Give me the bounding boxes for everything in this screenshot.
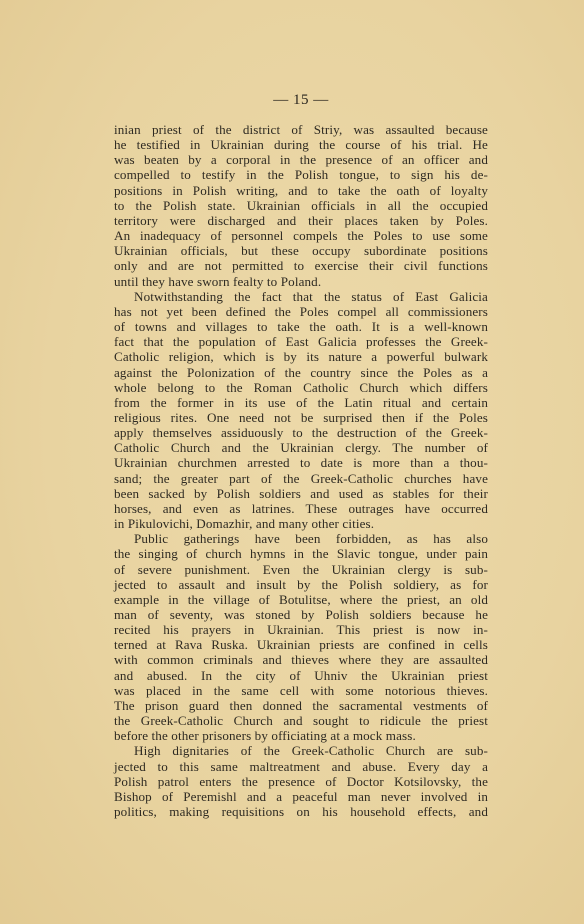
text-line: Ukrainian churchmen arrested to date is …	[114, 455, 488, 470]
text-line: territory were discharged and their plac…	[114, 213, 488, 228]
text-line: only and are not permitted to exercise t…	[114, 258, 488, 273]
text-line: compelled to testify in the Polish tongu…	[114, 167, 488, 182]
text-line: Catholic Church and the Ukrainian clergy…	[114, 440, 488, 455]
body-text: inian priest of the district of Striy, w…	[114, 122, 488, 819]
text-line: until they have sworn fealty to Poland.	[114, 274, 488, 289]
text-line: fact that the population of East Galicia…	[114, 334, 488, 349]
paragraph: High dignitaries of the Greek-Catholic C…	[114, 743, 488, 819]
text-line: example in the village of Botulitse, whe…	[114, 592, 488, 607]
text-line: with common criminals and thieves where …	[114, 652, 488, 667]
text-line: terned at Rava Ruska. Ukrainian priests …	[114, 637, 488, 652]
text-line: jected to this same maltreatment and abu…	[114, 759, 488, 774]
text-line: Notwithstanding the fact that the status…	[114, 289, 488, 304]
text-line: recited his prayers in Ukrainian. This p…	[114, 622, 488, 637]
text-line: the Greek-Catholic Church and sought to …	[114, 713, 488, 728]
text-line: Bishop of Peremishl and a peaceful man n…	[114, 789, 488, 804]
text-line: religious rites. One need not be surpris…	[114, 410, 488, 425]
text-line: Public gatherings have been forbidden, a…	[114, 531, 488, 546]
text-line: was placed in the same cell with some no…	[114, 683, 488, 698]
text-line: in Pikulovichi, Domazhir, and many other…	[114, 516, 488, 531]
paragraph: Public gatherings have been forbidden, a…	[114, 531, 488, 743]
text-line: jected to assault and insult by the Poli…	[114, 577, 488, 592]
text-line: Catholic religion, which is by its natur…	[114, 349, 488, 364]
text-line: has not yet been defined the Poles compe…	[114, 304, 488, 319]
text-line: to the Polish state. Ukrainian officials…	[114, 198, 488, 213]
text-line: he testified in Ukrainian during the cou…	[114, 137, 488, 152]
text-line: man of seventy, was stoned by Polish sol…	[114, 607, 488, 622]
text-line: of severe punishment. Even the Ukrainian…	[114, 562, 488, 577]
text-line: and abused. In the city of Uhniv the Ukr…	[114, 668, 488, 683]
text-line: before the other prisoners by officiatin…	[114, 728, 488, 743]
text-line: Polish patrol enters the presence of Doc…	[114, 774, 488, 789]
page-number: — 15 —	[114, 92, 488, 109]
text-line: whole belong to the Roman Catholic Churc…	[114, 380, 488, 395]
paragraph: inian priest of the district of Striy, w…	[114, 122, 488, 289]
text-line: the singing of church hymns in the Slavi…	[114, 546, 488, 561]
text-line: against the Polonization of the country …	[114, 365, 488, 380]
text-line: sand; the greater part of the Greek-Cath…	[114, 471, 488, 486]
paragraph: Notwithstanding the fact that the status…	[114, 289, 488, 532]
text-line: from the former in its use of the Latin …	[114, 395, 488, 410]
text-line: of towns and villages to take the oath. …	[114, 319, 488, 334]
text-line: politics, making requisitions on his hou…	[114, 804, 488, 819]
text-line: was beaten by a corporal in the presence…	[114, 152, 488, 167]
text-line: Ukrainian officials, but these occupy su…	[114, 243, 488, 258]
text-line: horses, and even as latrines. These outr…	[114, 501, 488, 516]
text-line: An inadequacy of personnel compels the P…	[114, 228, 488, 243]
text-line: positions in Polish writing, and to take…	[114, 183, 488, 198]
text-line: The prison guard then donned the sacrame…	[114, 698, 488, 713]
document-page: — 15 — inian priest of the district of S…	[114, 92, 488, 819]
text-line: apply themselves assiduously to the dest…	[114, 425, 488, 440]
text-line: inian priest of the district of Striy, w…	[114, 122, 488, 137]
text-line: been sacked by Polish soldiers and used …	[114, 486, 488, 501]
text-line: High dignitaries of the Greek-Catholic C…	[114, 743, 488, 758]
